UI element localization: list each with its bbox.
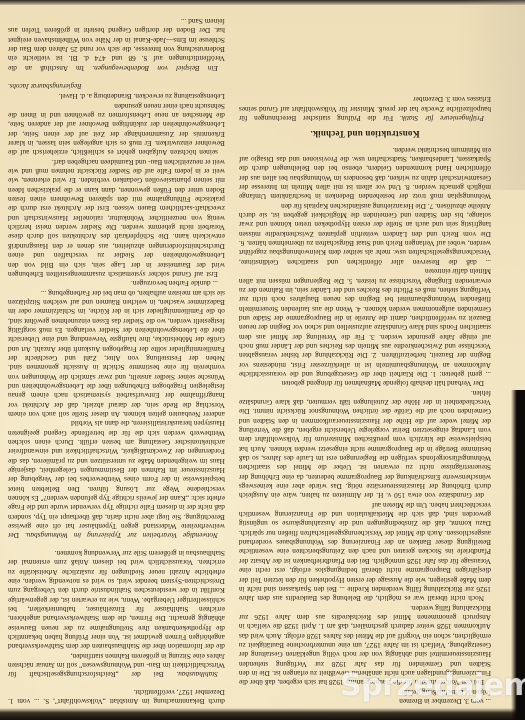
paragraph: ... dunkle Farben bevorzugen. — [8, 279, 225, 288]
paragraph: durch Bekanntmachung im Amtsblatt „Volks… — [8, 687, 225, 706]
paragraph-text: Der weitverbreitete Widerstand gegen Typ… — [8, 419, 225, 540]
paragraph-bodenbewegungen: Ein Beispiel von Bodenbewegungen. Im Ans… — [8, 17, 225, 73]
paragraph: Der Verband hält deshalb folgende Maßnah… — [239, 379, 491, 388]
paragraph: Noch nicht überall war es möglich, die B… — [239, 500, 491, 603]
text-columns: ... vom 3. Dezember in Bremen folgende E… — [8, 6, 491, 706]
column-left: ... vom 3. Dezember in Bremen folgende E… — [239, 6, 491, 706]
author-signature: Regierungsbaurat Jacobs. — [8, 81, 225, 90]
section-heading: Konstruktion und Technik. — [239, 129, 491, 138]
paragraph: Erst auf Grund solcher systematisch zusa… — [8, 157, 225, 278]
paragraph: seinen höchsten Aufgaben gehört es schli… — [8, 101, 225, 157]
paper-sheet: ... vom 3. Dezember in Bremen folgende E… — [0, 0, 525, 720]
paragraph: anderer Neubauten gelten können. An dies… — [8, 288, 225, 419]
paragraph: die der Information über die Stahlhausba… — [8, 549, 225, 652]
paragraph-heading: Notwendige Vorarbeiten zur Typisierung i… — [25, 532, 218, 541]
paragraph-heading: Prüfingenieure für Statik. — [400, 114, 484, 123]
paragraph: der Grundsätze von etwa 150 v. H. der Al… — [239, 388, 491, 500]
watermark: Sprzedajemy .pl — [340, 668, 525, 703]
paragraph-vorarbeiten: Notwendige Vorarbeiten zur Typisierung i… — [8, 419, 225, 540]
watermark-text: Sprzedajemy — [340, 668, 525, 703]
paragraph-stahlhausbau: Stahlhausbau. Bei der „Reichsforschungsg… — [8, 651, 225, 679]
column-right: durch Bekanntmachung im Amtsblatt „Volks… — [8, 6, 225, 706]
paragraph-heading: Stahlhausbau. — [176, 670, 218, 679]
scanned-page: ... vom 3. Dezember in Bremen folgende E… — [0, 0, 525, 720]
paragraph-heading: Ein Beispiel von Bodenbewegungen. — [92, 64, 218, 73]
paragraph: ... daß die Reserven aller öffentlichen … — [239, 201, 491, 266]
paragraph: ... geml gebeten: 1. Die Klarheit über d… — [239, 267, 491, 379]
paragraph: Lebensgestaltung zu erwecken. Brandenbur… — [8, 92, 225, 101]
scan-edge-shadow — [0, 708, 525, 720]
scan-edge-shadow-top — [0, 0, 525, 5]
paragraph: Wohnungsplan muß trotz der bestehenden B… — [239, 145, 491, 201]
paragraph-pruefingenieure: Prüfingenieure für Statik. Für die Prüfu… — [239, 95, 491, 123]
